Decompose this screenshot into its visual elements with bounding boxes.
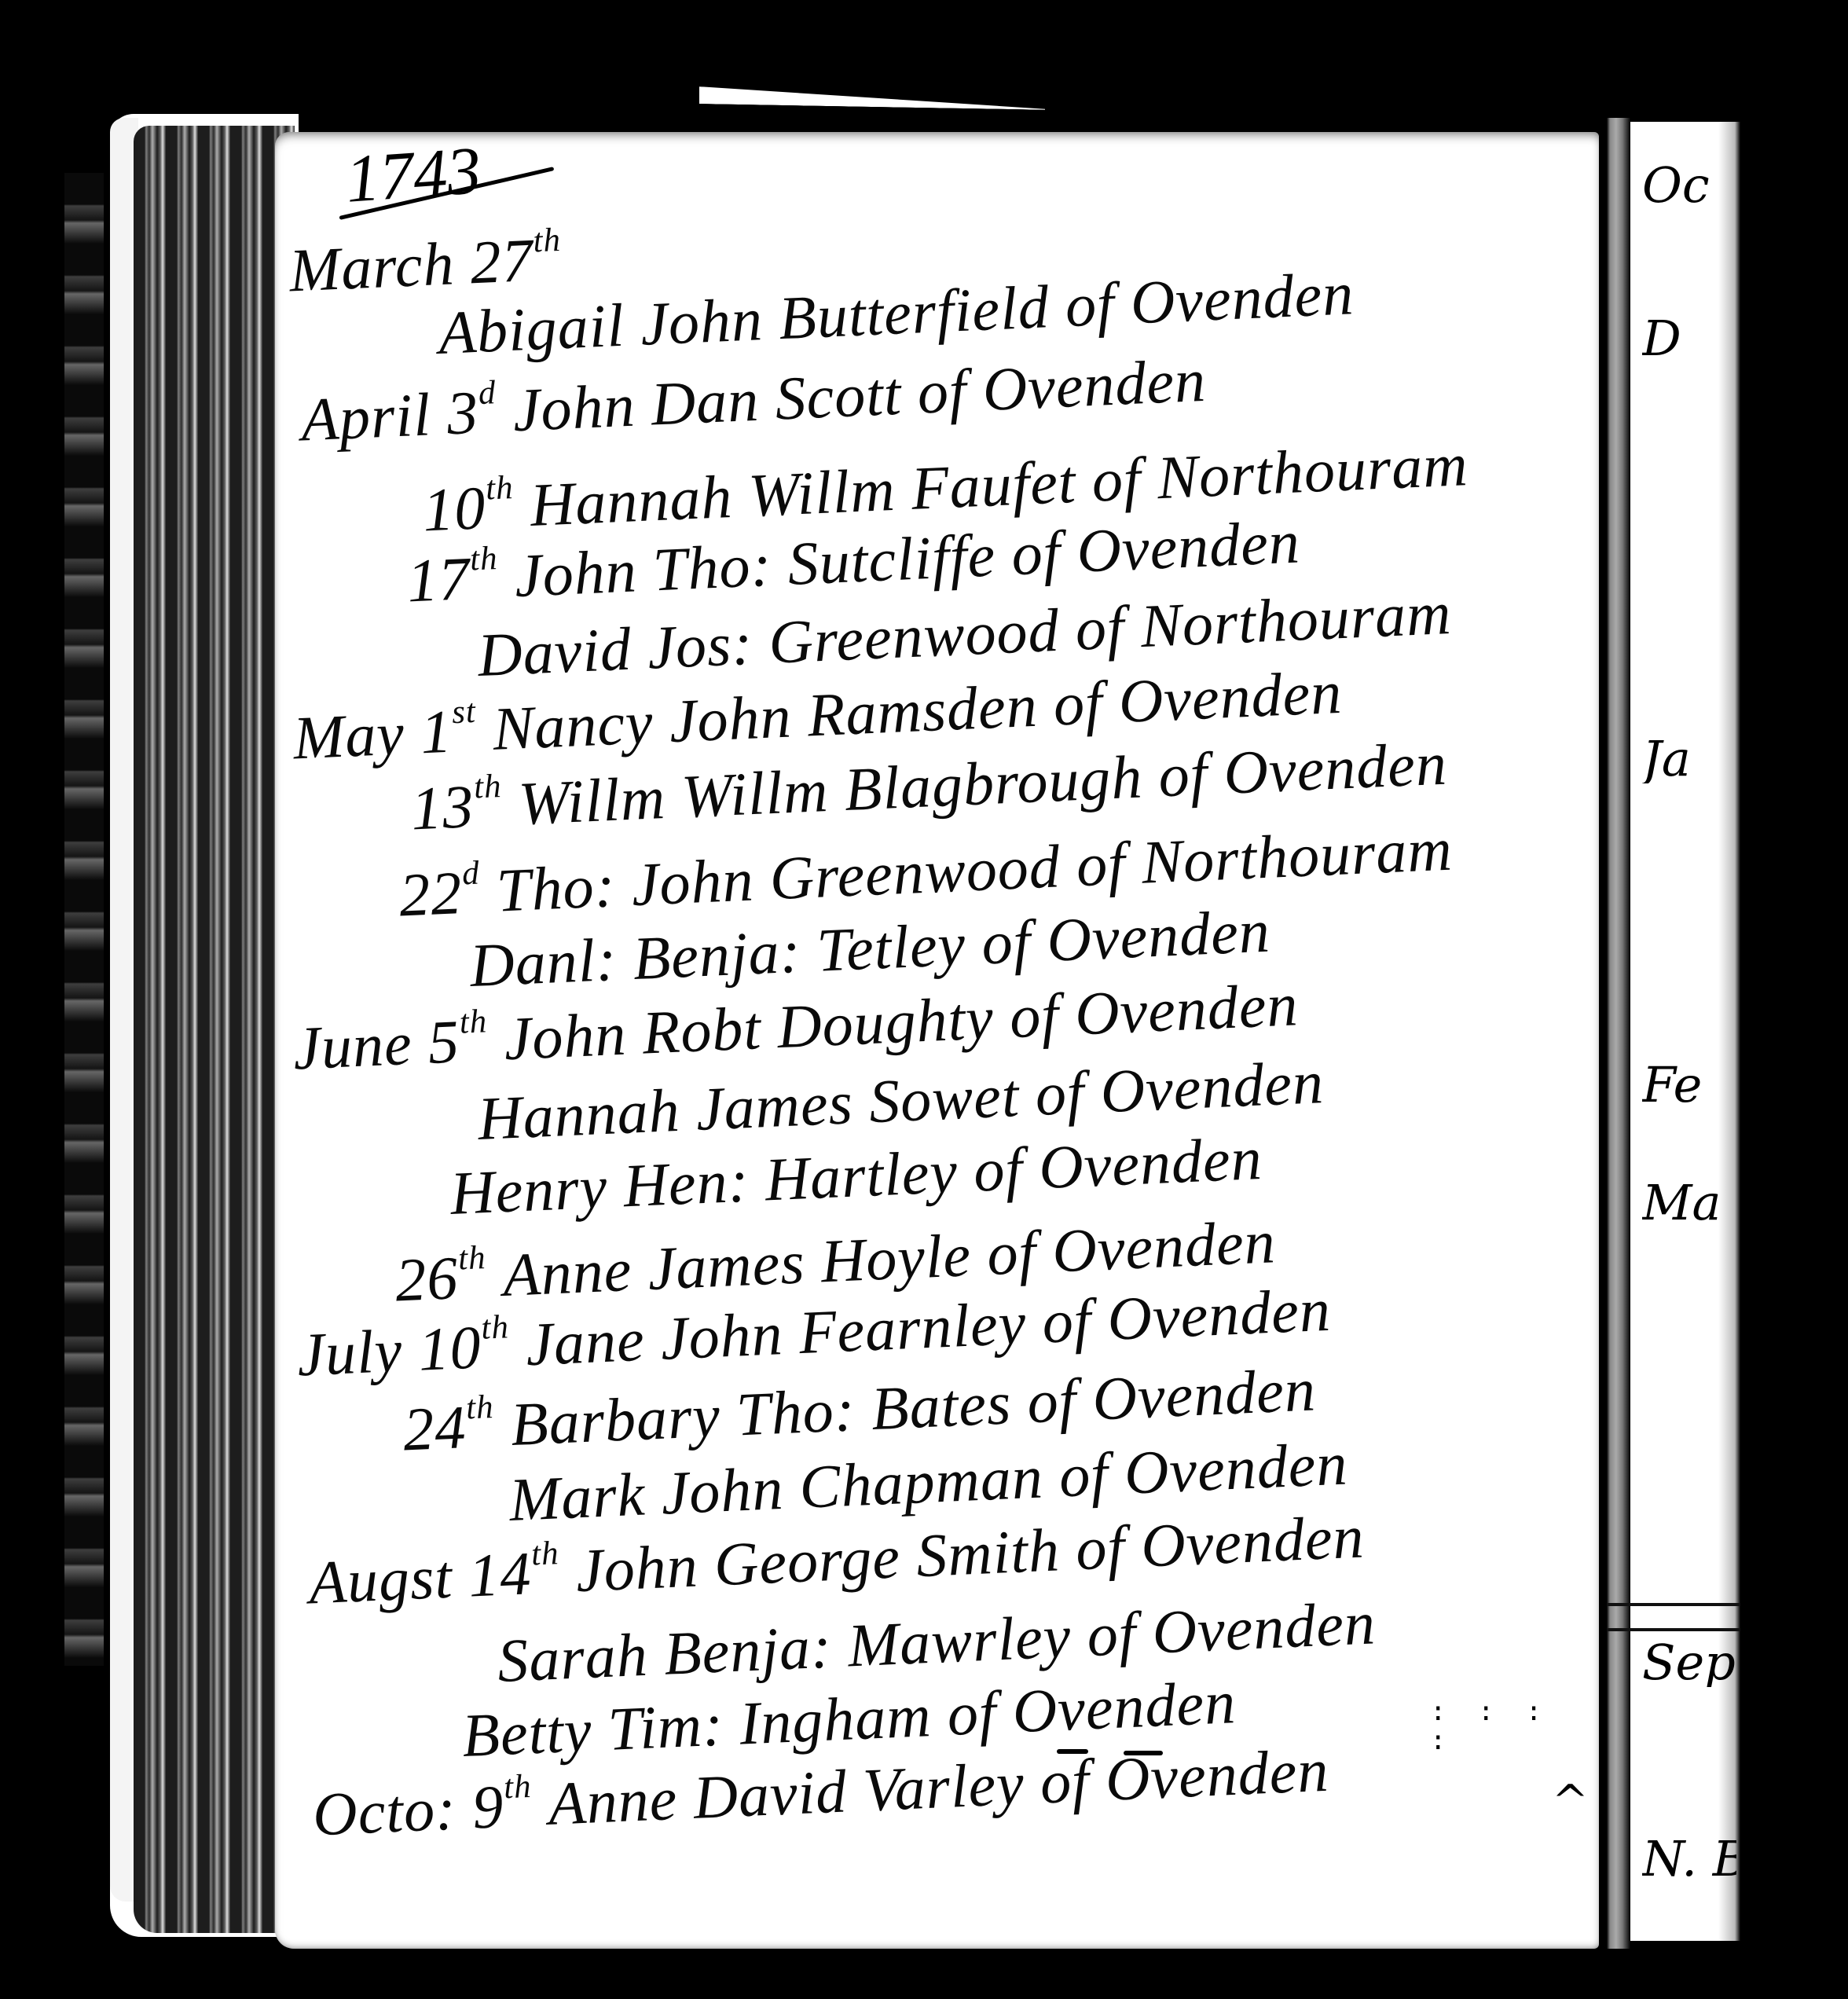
entry-date: Octo: 9th bbox=[311, 1770, 533, 1846]
correction-underline bbox=[1057, 1749, 1088, 1754]
insertion-caret: ^ bbox=[1552, 1776, 1589, 1827]
entry-date: 13th bbox=[409, 770, 504, 839]
date-ordinal-suffix: th bbox=[459, 1003, 488, 1040]
facing-fragment: Fe bbox=[1642, 1061, 1736, 1110]
page-stack-edges bbox=[134, 126, 295, 1933]
entry-date: 10th bbox=[421, 471, 515, 541]
margin-dots: : : : : bbox=[1430, 1697, 1587, 1776]
book-spine-edge bbox=[64, 173, 104, 1666]
facing-fragment: Ma bbox=[1642, 1179, 1736, 1227]
facing-page-rule bbox=[1607, 1628, 1740, 1631]
entry-date: 26th bbox=[394, 1242, 488, 1311]
date-ordinal-suffix: th bbox=[503, 1768, 532, 1806]
facing-fragment: Sep bbox=[1642, 1638, 1736, 1687]
date-ordinal-suffix: d bbox=[461, 855, 480, 893]
entry-date: May 1st bbox=[291, 695, 478, 769]
book-gutter bbox=[1599, 118, 1630, 1949]
entry-date: 24th bbox=[401, 1391, 496, 1460]
date-ordinal-suffix: th bbox=[532, 222, 561, 259]
date-ordinal-suffix: th bbox=[530, 1535, 559, 1572]
entry-date: April 3d bbox=[299, 376, 498, 450]
date-ordinal-suffix: th bbox=[465, 1388, 494, 1426]
entry-date: March 27th bbox=[288, 224, 563, 302]
entry-date: June 5th bbox=[291, 1005, 489, 1079]
entry-date: 17th bbox=[405, 542, 500, 611]
bookmark-strip bbox=[699, 86, 1045, 110]
facing-fragment: N. B bbox=[1642, 1835, 1736, 1883]
date-ordinal-suffix: th bbox=[473, 768, 502, 805]
page-year: 1743 bbox=[343, 130, 484, 218]
facing-fragment: Oc bbox=[1642, 161, 1736, 210]
entry-date: Augst 14th bbox=[307, 1537, 561, 1613]
date-ordinal-suffix: th bbox=[469, 540, 498, 578]
date-ordinal-suffix: th bbox=[485, 469, 514, 507]
date-ordinal-suffix: st bbox=[451, 693, 477, 731]
correction-underline bbox=[1124, 1751, 1163, 1755]
facing-page-rule bbox=[1607, 1603, 1740, 1606]
entry-date: July 10th bbox=[295, 1311, 511, 1385]
date-ordinal-suffix: th bbox=[480, 1308, 509, 1346]
facing-fragment: Ja bbox=[1642, 735, 1736, 783]
date-ordinal-suffix: th bbox=[457, 1239, 486, 1277]
register-entry: March 27th bbox=[288, 224, 563, 302]
date-ordinal-suffix: d bbox=[478, 374, 497, 412]
entry-date: 22d bbox=[398, 857, 482, 926]
facing-fragment: D bbox=[1642, 314, 1736, 363]
